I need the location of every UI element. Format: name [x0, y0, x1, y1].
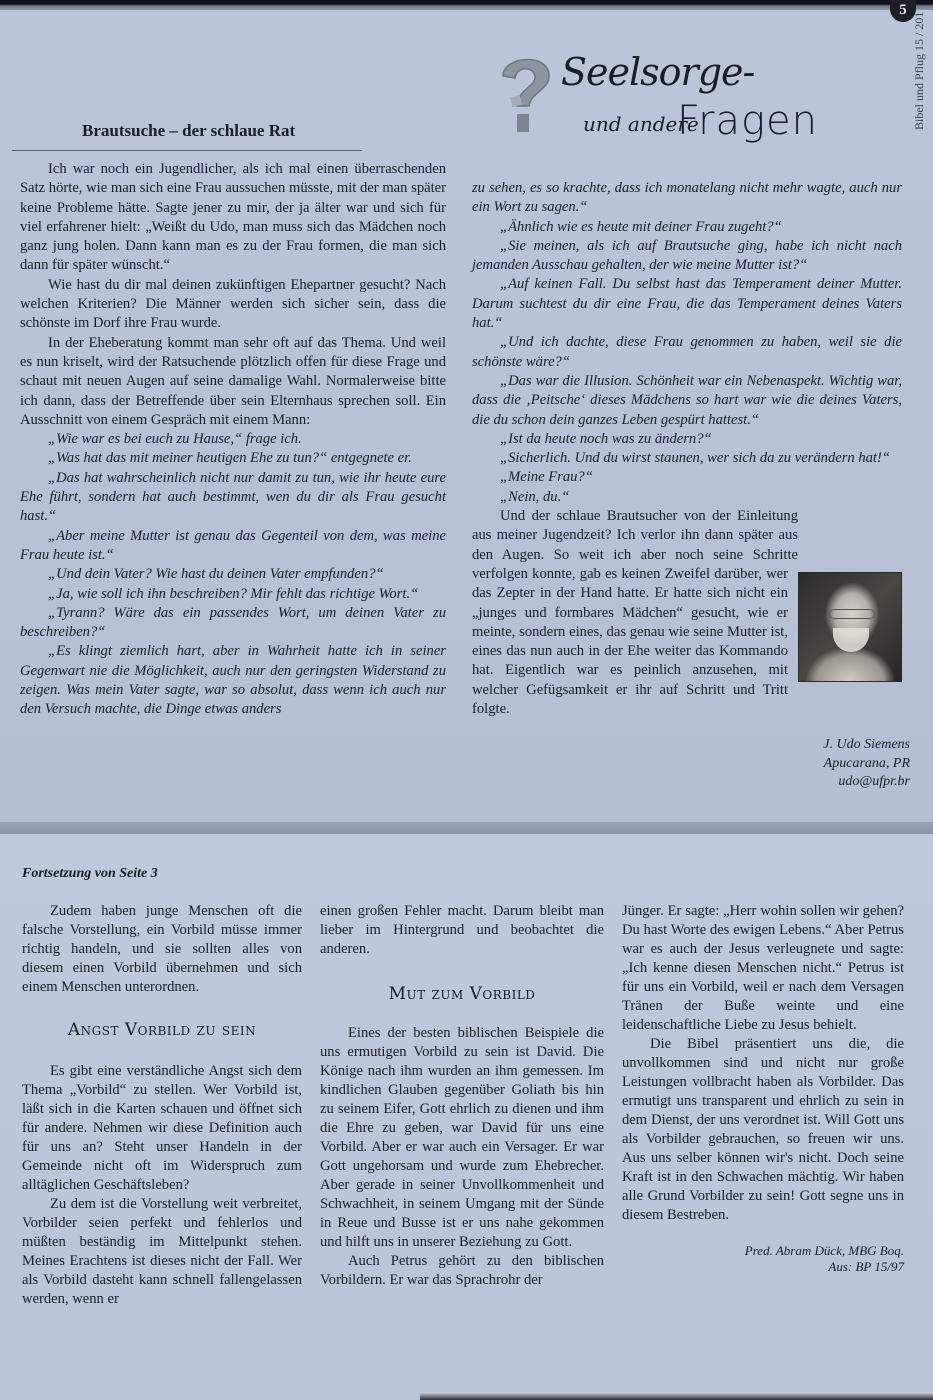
- dialogue-line: „Und ich dachte, diese Frau genommen zu …: [472, 333, 902, 372]
- dialogue-line: „Wie war es bei euch zu Hause,“ frage ic…: [20, 430, 446, 449]
- article2-column-2: einen großen Fehler macht. Darum bleibt …: [320, 902, 604, 1290]
- dialogue-line: „Aber meine Mutter ist genau das Gegente…: [20, 527, 446, 566]
- author-photo: [798, 572, 902, 682]
- beard-detail: [833, 628, 869, 652]
- dialogue-line: „Und dein Vater? Wie hast du deinen Vate…: [20, 565, 446, 584]
- dialogue-line: „Auf keinen Fall. Du selbst hast das Tem…: [472, 275, 902, 333]
- article1-column-left: Ich war noch ein Jugendlicher, als ich m…: [20, 160, 446, 720]
- credit-author: Pred. Abram Dück, MBG Boq.: [622, 1243, 904, 1259]
- paragraph: Zu dem ist die Vorstellung weit verbreit…: [22, 1195, 302, 1309]
- question-mark-icon: [495, 50, 557, 140]
- magazine-issue-label: Bibel und Pflug 15 / 201: [912, 12, 927, 130]
- section-divider: [0, 822, 933, 834]
- author-email: udo@ufpr.br: [790, 773, 910, 792]
- article1-column-right: zu sehen, es so krachte, dass ich monate…: [472, 179, 902, 719]
- paragraph: Eines der besten biblischen Beispiele di…: [320, 1024, 604, 1252]
- dialogue-line: „Das hat wahrscheinlich nicht nur damit …: [20, 469, 446, 527]
- section-heading: Mut zum Vorbild: [320, 985, 604, 1004]
- dialogue-line: „Ist da heute noch was zu ändern?“: [472, 430, 902, 449]
- dialogue-line: „Es klingt ziemlich hart, aber in Wahrhe…: [20, 642, 446, 719]
- article2-column-3: Jünger. Er sagte: „Herr wohin sollen wir…: [622, 902, 904, 1275]
- dialogue-line: zu sehen, es so krachte, dass ich monate…: [472, 179, 902, 218]
- logo-text-fragen: Fragen: [677, 98, 818, 144]
- column-logo: Seelsorge- und andere Fragen: [495, 50, 825, 180]
- article-credit: Pred. Abram Dück, MBG Boq. Aus: BP 15/97: [622, 1243, 904, 1275]
- page-bottom-edge: [420, 1392, 933, 1400]
- dialogue-line: „Ja, wie soll ich ihn beschreiben? Mir f…: [20, 585, 446, 604]
- article2-column-1: Zudem haben junge Menschen oft die falsc…: [22, 902, 302, 1309]
- paragraph: Jünger. Er sagte: „Herr wohin sollen wir…: [622, 902, 904, 1035]
- dialogue-line: „Meine Frau?“: [472, 468, 902, 487]
- author-location: Apucarana, PR: [790, 755, 910, 774]
- dialogue-line: „Was hat das mit meiner heutigen Ehe zu …: [20, 449, 446, 468]
- author-signature: J. Udo Siemens Apucarana, PR udo@ufpr.br: [790, 736, 910, 792]
- dialogue-line: „Das war die Illusion. Schönheit war ein…: [472, 372, 902, 430]
- credit-source: Aus: BP 15/97: [622, 1259, 904, 1275]
- paragraph: Es gibt eine verständliche Angst sich de…: [22, 1062, 302, 1195]
- glasses-detail: [829, 609, 875, 619]
- paragraph: Die Bibel präsentiert uns die, die unvol…: [622, 1035, 904, 1225]
- section-heading: Angst Vorbild zu sein: [22, 1021, 302, 1040]
- dialogue-line: „Ähnlich wie es heute mit deiner Frau zu…: [472, 218, 902, 237]
- title-underline: [12, 150, 362, 151]
- dialogue-line: „Tyrann? Wäre das ein passendes Wort, um…: [20, 604, 446, 643]
- dialogue-line: „Nein, du.“: [472, 488, 902, 507]
- paragraph: einen großen Fehler macht. Darum bleibt …: [320, 902, 604, 959]
- paragraph: Auch Petrus gehört zu den biblischen Vor…: [320, 1252, 604, 1290]
- continuation-label: Fortsetzung von Seite 3: [22, 866, 158, 882]
- dialogue-line: „Sicherlich. Und du wirst staunen, wer s…: [472, 449, 902, 468]
- author-name: J. Udo Siemens: [790, 736, 910, 755]
- paragraph: Ich war noch ein Jugendlicher, als ich m…: [20, 160, 446, 276]
- logo-text-seelsorge: Seelsorge-: [561, 50, 754, 94]
- dialogue-line: „Sie meinen, als ich auf Brautsuche ging…: [472, 237, 902, 276]
- paragraph: Zudem haben junge Menschen oft die falsc…: [22, 902, 302, 997]
- photo-spacer: [798, 507, 902, 569]
- paragraph: In der Eheberatung kommt man sehr oft au…: [20, 334, 446, 430]
- paragraph: Wie hast du dir mal deinen zukünftigen E…: [20, 276, 446, 334]
- article-title: Brautsuche – der schlaue Rat: [82, 121, 295, 141]
